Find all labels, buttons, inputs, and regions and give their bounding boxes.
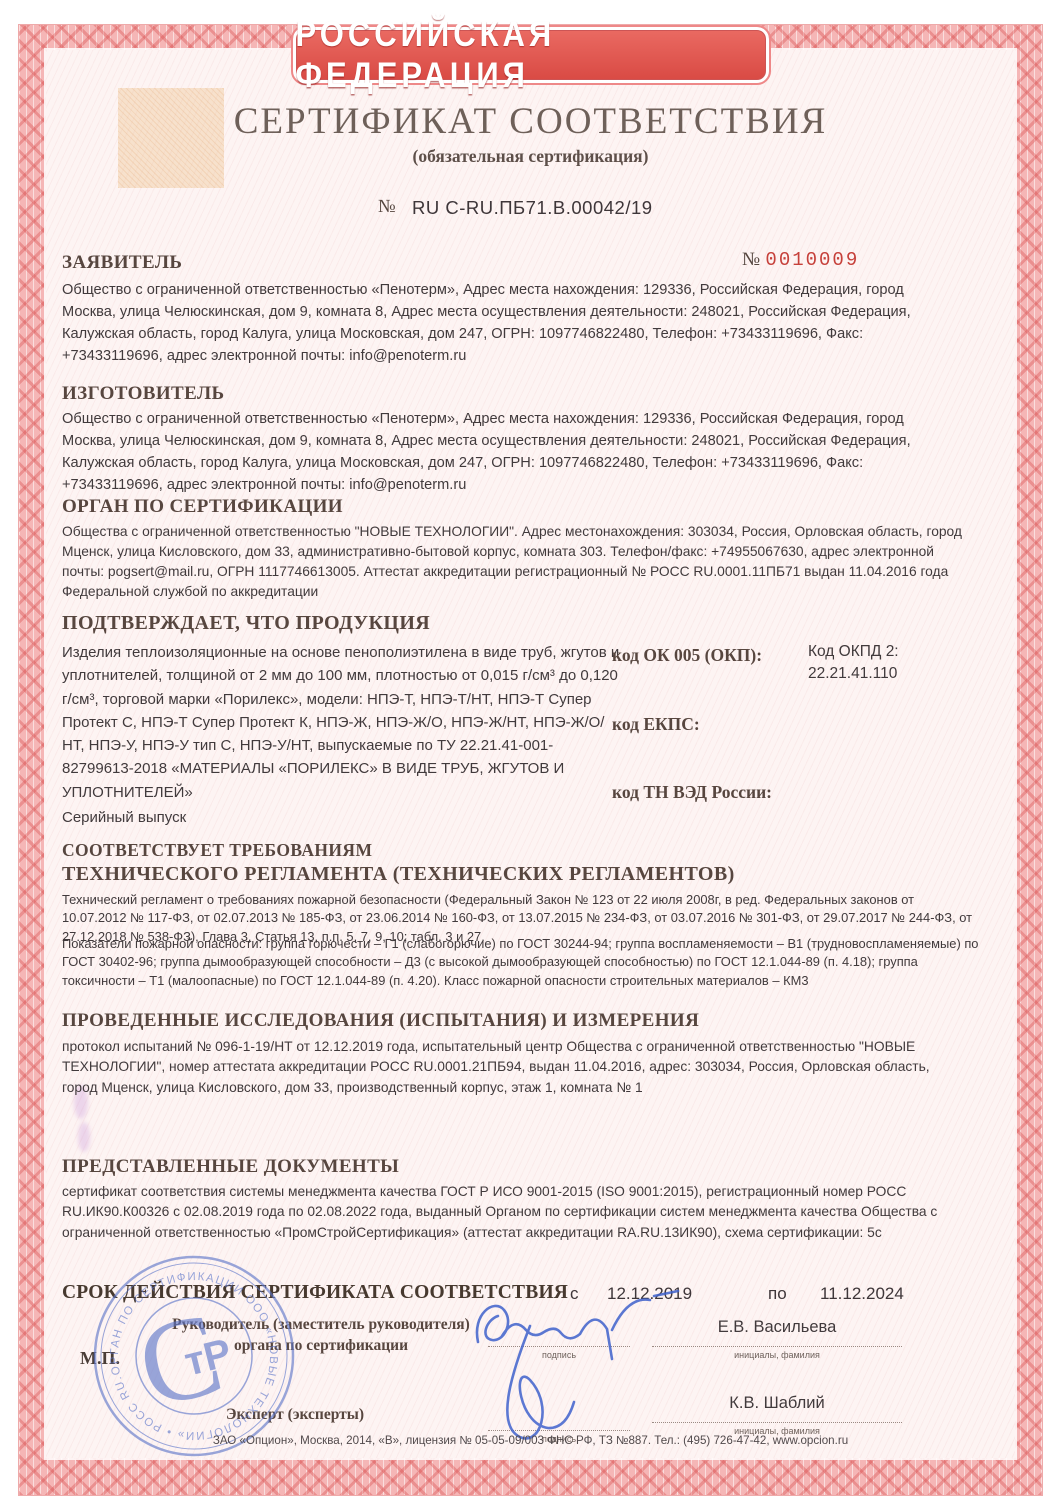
manufacturer-body: Общество с ограниченной ответственностью…	[62, 409, 946, 497]
tests-body: протокол испытаний № 096-1-19/НТ от 12.1…	[62, 1037, 967, 1098]
product-description: Изделия теплоизоляционные на основе пено…	[62, 641, 624, 804]
okpd-code-label: Код ОКПД 2:	[808, 643, 899, 660]
certification-body-text: Общества с ограниченной ответственностью…	[62, 522, 974, 602]
certificate-number: RU C-RU.ПБ71.В.00042/19	[412, 197, 653, 219]
okp-code-label: код ОК 005 (ОКП):	[612, 645, 762, 665]
country-banner: РОССИЙСКАЯ ФЕДЕРАЦИЯ	[293, 27, 769, 83]
printer-footer: ЗАО «Опцион», Москва, 2014, «В», лицензи…	[0, 1434, 1061, 1447]
tests-heading: ПРОВЕДЕННЫЕ ИССЛЕДОВАНИЯ (ИСПЫТАНИЯ) И И…	[62, 1010, 699, 1032]
blank-number: № 0010009	[742, 249, 859, 271]
country-banner-text: РОССИЙСКАЯ ФЕДЕРАЦИЯ	[296, 14, 766, 97]
validity-to-label: по	[768, 1284, 787, 1304]
product-description-block: Изделия теплоизоляционные на основе пено…	[62, 641, 624, 829]
ink-smudge	[78, 1122, 90, 1152]
blank-number-sign: №	[742, 249, 760, 270]
number-sign: №	[378, 197, 396, 218]
stamp-logo-small: тР	[180, 1331, 236, 1385]
certification-body-heading: ОРГАН ПО СЕРТИФИКАЦИИ	[62, 496, 343, 518]
certificate-page: РОССИЙСКАЯ ФЕДЕРАЦИЯ СЕРТИФИКАТ СООТВЕТС…	[0, 0, 1061, 1500]
documents-body: сертификат соответствия системы менеджме…	[62, 1182, 967, 1243]
fire-indicators: Показатели пожарной опасности: группа го…	[62, 935, 982, 990]
conforms-subheading: ТЕХНИЧЕСКОГО РЕГЛАМЕНТА (ТЕХНИЧЕСКИХ РЕГ…	[62, 863, 735, 886]
certificate-subtitle: (обязательная сертификация)	[0, 146, 1061, 167]
validity-to-date: 11.12.2024	[820, 1284, 904, 1304]
tnved-code-label: код ТН ВЭД России:	[612, 782, 772, 802]
codes-block: код ОК 005 (ОКП): Код ОКПД 2: 22.21.41.1…	[612, 645, 1002, 803]
product-heading: ПОДТВЕРЖДАЕТ, ЧТО ПРОДУКЦИЯ	[62, 612, 430, 635]
applicant-body: Общество с ограниченной ответственностью…	[62, 280, 946, 368]
manufacturer-heading: ИЗГОТОВИТЕЛЬ	[62, 383, 224, 405]
certificate-title: СЕРТИФИКАТ СООТВЕТСТВИЯ	[0, 100, 1061, 143]
product-serial: Серийный выпуск	[62, 806, 624, 829]
applicant-heading: ЗАЯВИТЕЛЬ	[62, 252, 182, 274]
okpd-code: Код ОКПД 2: 22.21.41.110	[808, 641, 899, 686]
okpd-code-value: 22.21.41.110	[808, 665, 897, 682]
handwritten-signature	[468, 1284, 698, 1454]
blank-number-value: 0010009	[765, 249, 859, 271]
ekps-code-label: код ЕКПС:	[612, 714, 700, 734]
conforms-heading: СООТВЕТСТВУЕТ ТРЕБОВАНИЯМ	[62, 840, 372, 861]
documents-heading: ПРЕДСТАВЛЕННЫЕ ДОКУМЕНТЫ	[62, 1156, 399, 1178]
